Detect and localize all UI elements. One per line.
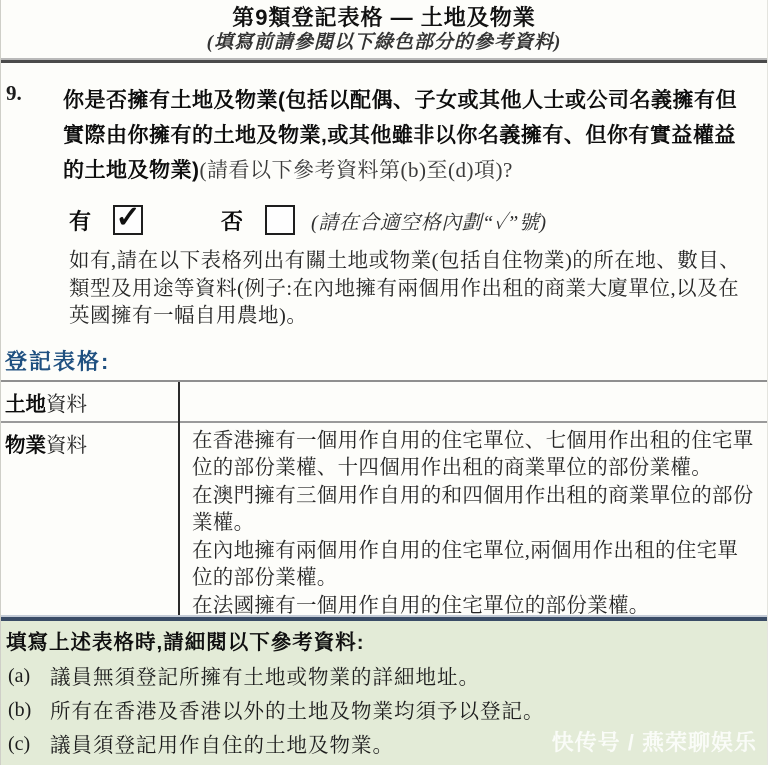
reference-marker-b: (b) <box>8 699 31 722</box>
check-icon: ✓ <box>115 204 140 232</box>
question-9-section: 9. 你是否擁有土地及物業(包括以配偶、子女或其他人士或公司名義擁有但實際由你擁… <box>1 63 767 188</box>
land-content-cell <box>179 381 767 422</box>
land-label-bold: 土地 <box>5 393 46 416</box>
reference-item-a: (a) 議員無須登記所擁有土地或物業的詳細地址。 <box>6 665 757 691</box>
reference-text-b: 所有在香港及香港以外的土地及物業均須予以登記。 <box>50 701 545 723</box>
yes-label: 有 <box>69 205 91 236</box>
answer-choices: 有 ✓ 否 (請在合適空格內劃“✓”號) <box>1 188 767 236</box>
question-number: 9. <box>6 81 22 106</box>
fill-instruction: 如有,請在以下表格列出有關土地或物業(包括自住物業)的所在地、數目、類型及用途等… <box>1 236 767 331</box>
page-subtitle: (填寫前請參閱以下綠色部分的參考資料) <box>1 31 767 55</box>
tick-instruction-hint: (請在合適空格內劃“✓”號) <box>311 206 546 235</box>
question-text-reference-note: (請看以下參考資料第(b)至(d)項)? <box>200 158 513 182</box>
reference-marker-a: (a) <box>8 665 30 688</box>
question-text: 你是否擁有土地及物業(包括以配偶、子女或其他人士或公司名義擁有但實際由你擁有的土… <box>63 83 747 188</box>
reference-text-c: 議員須登記用作自住的土地及物業。 <box>50 735 394 757</box>
property-label-bold: 物業 <box>5 434 46 457</box>
reference-item-b: (b) 所有在香港及香港以外的土地及物業均須予以登記。 <box>6 699 757 725</box>
property-label-rest: 資料 <box>46 435 87 457</box>
table-row-land: 土地資料 <box>1 381 767 422</box>
reference-marker-c: (c) <box>8 733 30 756</box>
land-label-rest: 資料 <box>46 394 87 416</box>
form-page: 第9類登記表格 — 土地及物業 (填寫前請參閱以下綠色部分的參考資料) 9. 你… <box>0 0 768 765</box>
no-checkbox[interactable] <box>265 205 295 235</box>
yes-checkbox[interactable]: ✓ <box>113 205 143 235</box>
reference-item-c: (c) 議員須登記用作自住的土地及物業。 <box>6 733 757 759</box>
document-header: 第9類登記表格 — 土地及物業 (填寫前請參閱以下綠色部分的參考資料) <box>1 0 767 55</box>
registration-form-heading: 登記表格: <box>1 331 767 380</box>
land-label-cell: 土地資料 <box>1 381 179 422</box>
reference-text-a: 議員無須登記所擁有土地或物業的詳細地址。 <box>50 667 480 689</box>
reference-top-divider <box>1 615 767 621</box>
reference-heading: 填寫上述表格時,請細閱以下參考資料: <box>6 629 757 657</box>
page-title: 第9類登記表格 — 土地及物業 <box>1 5 767 31</box>
no-label: 否 <box>221 205 243 236</box>
reference-section: 填寫上述表格時,請細閱以下參考資料: (a) 議員無須登記所擁有土地或物業的詳細… <box>1 621 767 765</box>
